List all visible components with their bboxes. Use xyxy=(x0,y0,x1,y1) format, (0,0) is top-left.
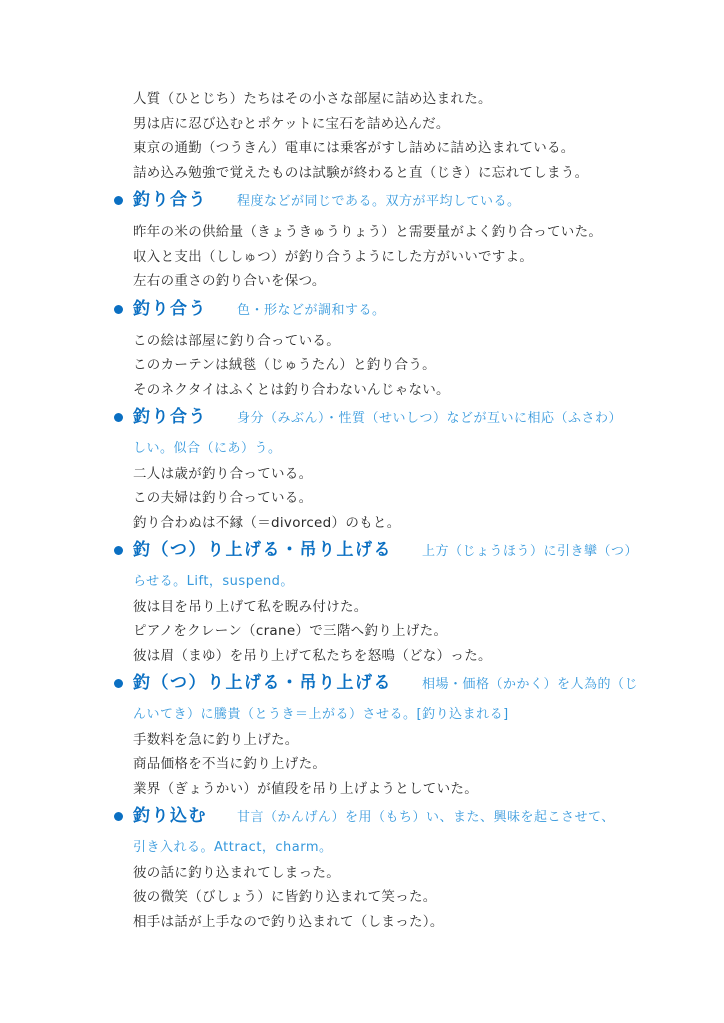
example-sentence: 釣り合わぬは不縁（＝divorced）のもと。 xyxy=(133,511,664,536)
entry-heading: 釣り合う色・形などが調和する。 xyxy=(133,296,664,324)
example-sentence: この絵は部屋に釣り合っている。 xyxy=(133,329,664,354)
entry-definition: 上方（じょうほう）に引き攣（つ） xyxy=(422,544,638,559)
bullet-icon xyxy=(114,546,123,555)
entry-definition-continuation: らせる。Lift，suspend。 xyxy=(133,570,664,595)
example-sentence: 業界（ぎょうかい）が値段を吊り上げようとしていた。 xyxy=(133,777,664,802)
example-sentence: このカーテンは絨毯（じゅうたん）と釣り合う。 xyxy=(133,353,664,378)
entry-tsurikomu: 釣り込む甘言（かんげん）を用（もち）い、また、興味を起こさせて、 引き入れる。A… xyxy=(133,803,664,934)
entry-heading: 釣り合う身分（みぶん）・性質（せいしつ）などが互いに相応（ふさわ） xyxy=(133,404,664,432)
entry-headword: 釣り合う xyxy=(133,299,207,319)
bullet-icon xyxy=(114,305,123,314)
bullet-icon xyxy=(114,196,123,205)
intro-example-block: 人質（ひとじち）たちはその小さな部屋に詰め込まれた。 男は店に忍び込むとポケット… xyxy=(133,87,664,185)
example-sentence: 収入と支出（ししゅつ）が釣り合うようにした方がいいですよ。 xyxy=(133,245,664,270)
bullet-icon xyxy=(114,812,123,821)
entry-definition-continuation: 引き入れる。Attract，charm。 xyxy=(133,836,664,861)
example-sentence: 昨年の米の供給量（きょうきゅうりょう）と需要量がよく釣り合っていた。 xyxy=(133,220,664,245)
example-sentence: 商品価格を不当に釣り上げた。 xyxy=(133,752,664,777)
entry-headword: 釣り合う xyxy=(133,407,207,427)
entry-heading: 釣（つ）り上げる・吊り上げる相場・価格（かかく）を人為的（じ xyxy=(133,670,664,698)
entry-headword: 釣（つ）り上げる・吊り上げる xyxy=(133,673,392,693)
example-sentence: 東京の通勤（つうきん）電車には乗客がすし詰めに詰め込まれている。 xyxy=(133,136,664,161)
entry-tsuriageru-2: 釣（つ）り上げる・吊り上げる相場・価格（かかく）を人為的（じ んいてき）に騰貴（… xyxy=(133,670,664,801)
entry-definition: 甘言（かんげん）を用（もち）い、また、興味を起こさせて、 xyxy=(237,810,615,825)
entry-tsuriau-3: 釣り合う身分（みぶん）・性質（せいしつ）などが互いに相応（ふさわ） しい。似合（… xyxy=(133,404,664,535)
entry-tsuriau-1: 釣り合う程度などが同じである。双方が平均している。 昨年の米の供給量（きょうきゅ… xyxy=(133,187,664,294)
bullet-icon xyxy=(114,679,123,688)
example-sentence: 相手は話が上手なので釣り込まれて（しまった）。 xyxy=(133,910,664,935)
entry-headword: 釣（つ）り上げる・吊り上げる xyxy=(133,540,392,560)
entry-headword: 釣り込む xyxy=(133,806,207,826)
example-sentence: そのネクタイはふくとは釣り合わないんじゃない。 xyxy=(133,378,664,403)
example-sentence: 彼の話に釣り込まれてしまった。 xyxy=(133,861,664,886)
entry-definition: 身分（みぶん）・性質（せいしつ）などが互いに相応（ふさわ） xyxy=(237,411,622,426)
entry-definition: 程度などが同じである。双方が平均している。 xyxy=(237,194,521,209)
document-page: 人質（ひとじち）たちはその小さな部屋に詰め込まれた。 男は店に忍び込むとポケット… xyxy=(0,0,724,1023)
entry-heading: 釣り合う程度などが同じである。双方が平均している。 xyxy=(133,187,664,215)
example-sentence: この夫婦は釣り合っている。 xyxy=(133,486,664,511)
example-sentence: 彼の微笑（びしょう）に皆釣り込まれて笑った。 xyxy=(133,885,664,910)
bullet-icon xyxy=(114,413,123,422)
entry-heading: 釣り込む甘言（かんげん）を用（もち）い、また、興味を起こさせて、 xyxy=(133,803,664,831)
example-sentence: 彼は眉（まゆ）を吊り上げて私たちを怒鳴（どな）った。 xyxy=(133,644,664,669)
example-sentence: 彼は目を吊り上げて私を睨み付けた。 xyxy=(133,595,664,620)
example-sentence: 左右の重さの釣り合いを保つ。 xyxy=(133,269,664,294)
entry-tsuriageru-1: 釣（つ）り上げる・吊り上げる上方（じょうほう）に引き攣（つ） らせる。Lift，… xyxy=(133,537,664,668)
example-sentence: 人質（ひとじち）たちはその小さな部屋に詰め込まれた。 xyxy=(133,87,664,112)
entry-definition: 色・形などが調和する。 xyxy=(237,303,386,318)
document-content: 人質（ひとじち）たちはその小さな部屋に詰め込まれた。 男は店に忍び込むとポケット… xyxy=(0,0,724,934)
entry-definition-continuation: しい。似合（にあ）う。 xyxy=(133,437,664,462)
example-sentence: 男は店に忍び込むとポケットに宝石を詰め込んだ。 xyxy=(133,112,664,137)
entry-heading: 釣（つ）り上げる・吊り上げる上方（じょうほう）に引き攣（つ） xyxy=(133,537,664,565)
example-sentence: 手数料を急に釣り上げた。 xyxy=(133,728,664,753)
entry-definition: 相場・価格（かかく）を人為的（じ xyxy=(422,677,638,692)
entry-tsuriau-2: 釣り合う色・形などが調和する。 この絵は部屋に釣り合っている。 このカーテンは絨… xyxy=(133,296,664,403)
entry-definition-continuation: んいてき）に騰貴（とうき＝上がる）させる。[釣り込まれる] xyxy=(133,703,664,728)
example-sentence: ピアノをクレーン（crane）で三階へ釣り上げた。 xyxy=(133,619,664,644)
example-sentence: 二人は歳が釣り合っている。 xyxy=(133,462,664,487)
entry-headword: 釣り合う xyxy=(133,190,207,210)
example-sentence: 詰め込み勉強で覚えたものは試験が終わると直（じき）に忘れてしまう。 xyxy=(133,161,664,186)
